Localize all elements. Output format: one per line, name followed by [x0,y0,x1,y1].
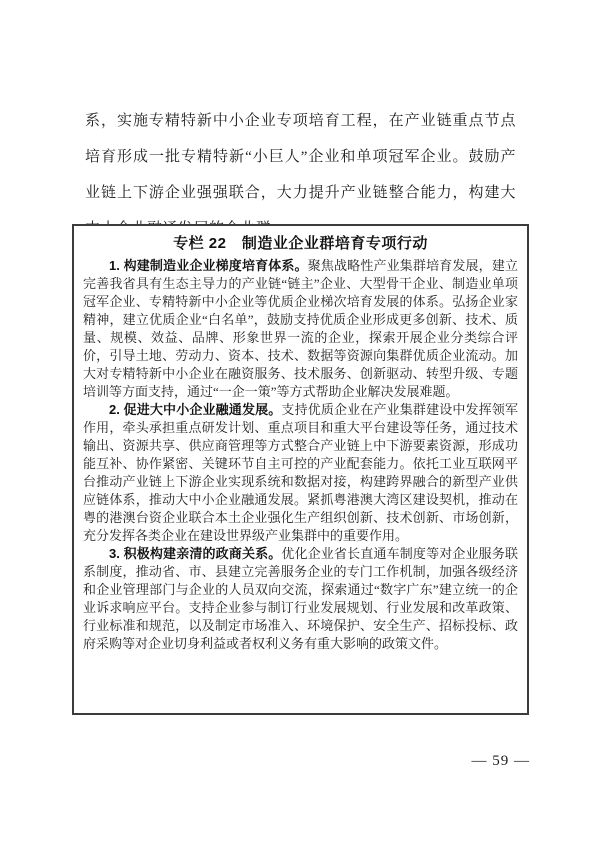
box-item-3-lead: 3. 积极构建亲清的政商关系。 [109,546,281,561]
column-22-box: 专栏 22 制造业企业群培育专项行动 1. 构建制造业企业梯度培育体系。聚焦战略… [72,224,529,715]
box-item-2-lead: 2. 促进大中小企业融通发展。 [109,402,281,417]
document-page: 系，实施专精特新中小企业专项培育工程，在产业链重点节点培育形成一批专精特新“小巨… [0,0,600,848]
box-item-2: 2. 促进大中小企业融通发展。支持优质企业在产业集群建设中发挥领军作用，牵头承担… [83,401,518,545]
box-item-1-text: 聚焦战略性产业集群培育发展，建立完善我省具有生态主导力的产业链“链主”企业、大型… [83,258,518,399]
box-item-2-text: 支持优质企业在产业集群建设中发挥领军作用，牵头承担重点研发计划、重点项目和重大平… [83,402,518,543]
page-number: — 59 — [472,753,531,770]
box-item-1-lead: 1. 构建制造业企业梯度培育体系。 [109,258,308,273]
box-item-3-text: 优化企业省长直通车制度等对企业服务联系制度，推动省、市、县建立完善服务企业的专门… [83,546,518,651]
column-box-title: 专栏 22 制造业企业群培育专项行动 [83,231,518,256]
box-item-3: 3. 积极构建亲清的政商关系。优化企业省长直通车制度等对企业服务联系制度，推动省… [83,545,518,653]
box-item-1: 1. 构建制造业企业梯度培育体系。聚焦战略性产业集群培育发展，建立完善我省具有生… [83,257,518,401]
